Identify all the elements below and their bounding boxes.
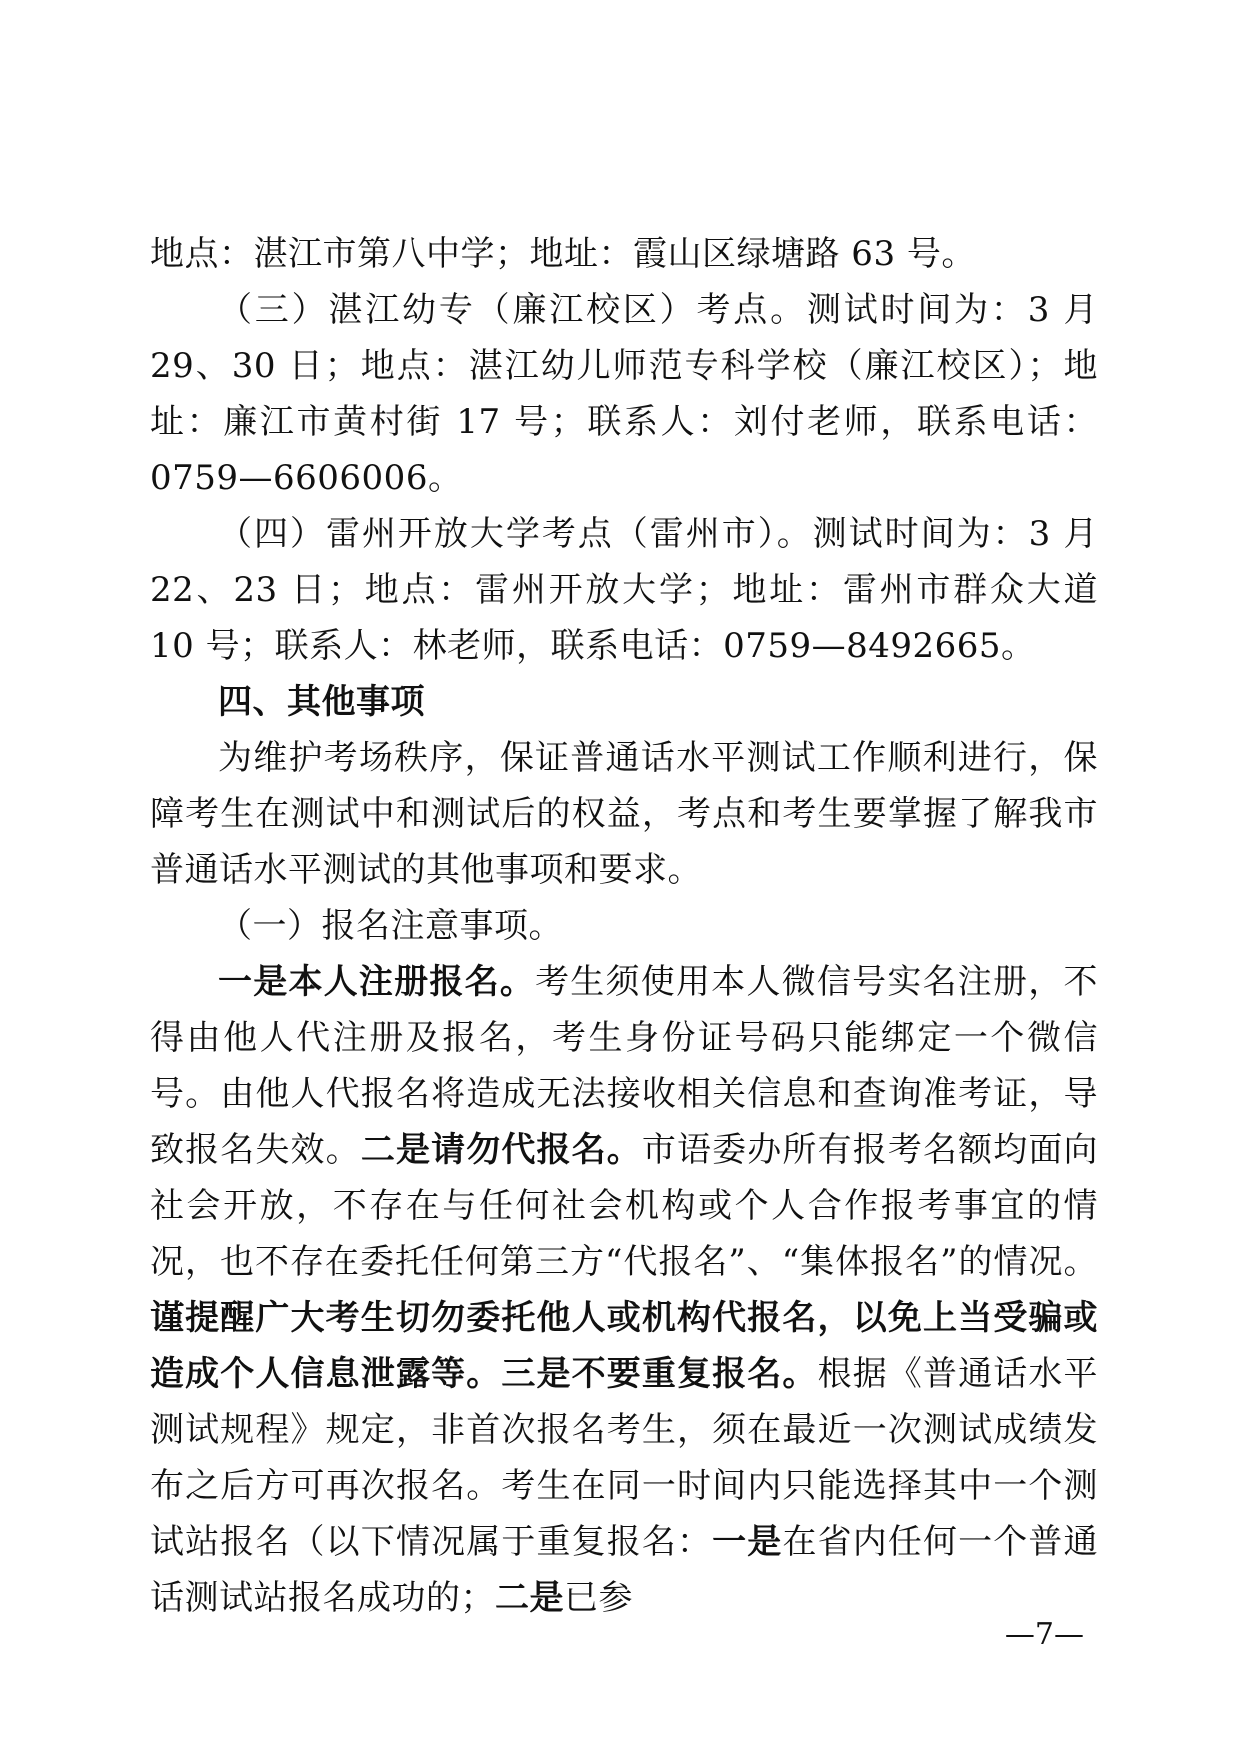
text-run: 地点：湛江市第八中学；地址：霞山区绿塘路 63 号。	[150, 234, 976, 274]
page-number: —7—	[1005, 1618, 1084, 1652]
text-run: （一）报名注意事项。	[218, 906, 563, 946]
bold-text-run: 三是不要重复报名。	[501, 1354, 817, 1394]
bold-text-run: 二是请勿代报名。	[361, 1130, 642, 1170]
paragraph: 一是本人注册报名。考生须使用本人微信号实名注册，不得由他人代注册及报名，考生身份…	[150, 954, 1098, 1626]
text-run: （四）雷州开放大学考点（雷州市）。测试时间为：3 月 22、23 日；地点：雷州…	[150, 514, 1098, 666]
paragraph: 地点：湛江市第八中学；地址：霞山区绿塘路 63 号。	[150, 226, 1098, 282]
bold-text-run: 一是本人注册报名。	[218, 962, 535, 1002]
paragraph: 为维护考场秩序，保证普通话水平测试工作顺利进行，保障考生在测试中和测试后的权益，…	[150, 730, 1098, 898]
paragraph: （一）报名注意事项。	[150, 898, 1098, 954]
text-run: 已参	[564, 1578, 633, 1618]
bold-text-run: 一是	[712, 1522, 782, 1562]
paragraph: （三）湛江幼专（廉江校区）考点。测试时间为：3 月 29、30 日；地点：湛江幼…	[150, 282, 1098, 506]
paragraph: （四）雷州开放大学考点（雷州市）。测试时间为：3 月 22、23 日；地点：雷州…	[150, 506, 1098, 674]
document-page: 地点：湛江市第八中学；地址：霞山区绿塘路 63 号。（三）湛江幼专（廉江校区）考…	[0, 0, 1240, 1754]
section-heading: 四、其他事项	[150, 674, 1098, 730]
text-run: （三）湛江幼专（廉江校区）考点。测试时间为：3 月 29、30 日；地点：湛江幼…	[150, 290, 1098, 498]
bold-text-run: 二是	[495, 1578, 564, 1618]
document-body: 地点：湛江市第八中学；地址：霞山区绿塘路 63 号。（三）湛江幼专（廉江校区）考…	[150, 226, 1098, 1626]
bold-text-run: 四、其他事项	[218, 682, 425, 722]
text-run: 为维护考场秩序，保证普通话水平测试工作顺利进行，保障考生在测试中和测试后的权益，…	[150, 738, 1098, 890]
